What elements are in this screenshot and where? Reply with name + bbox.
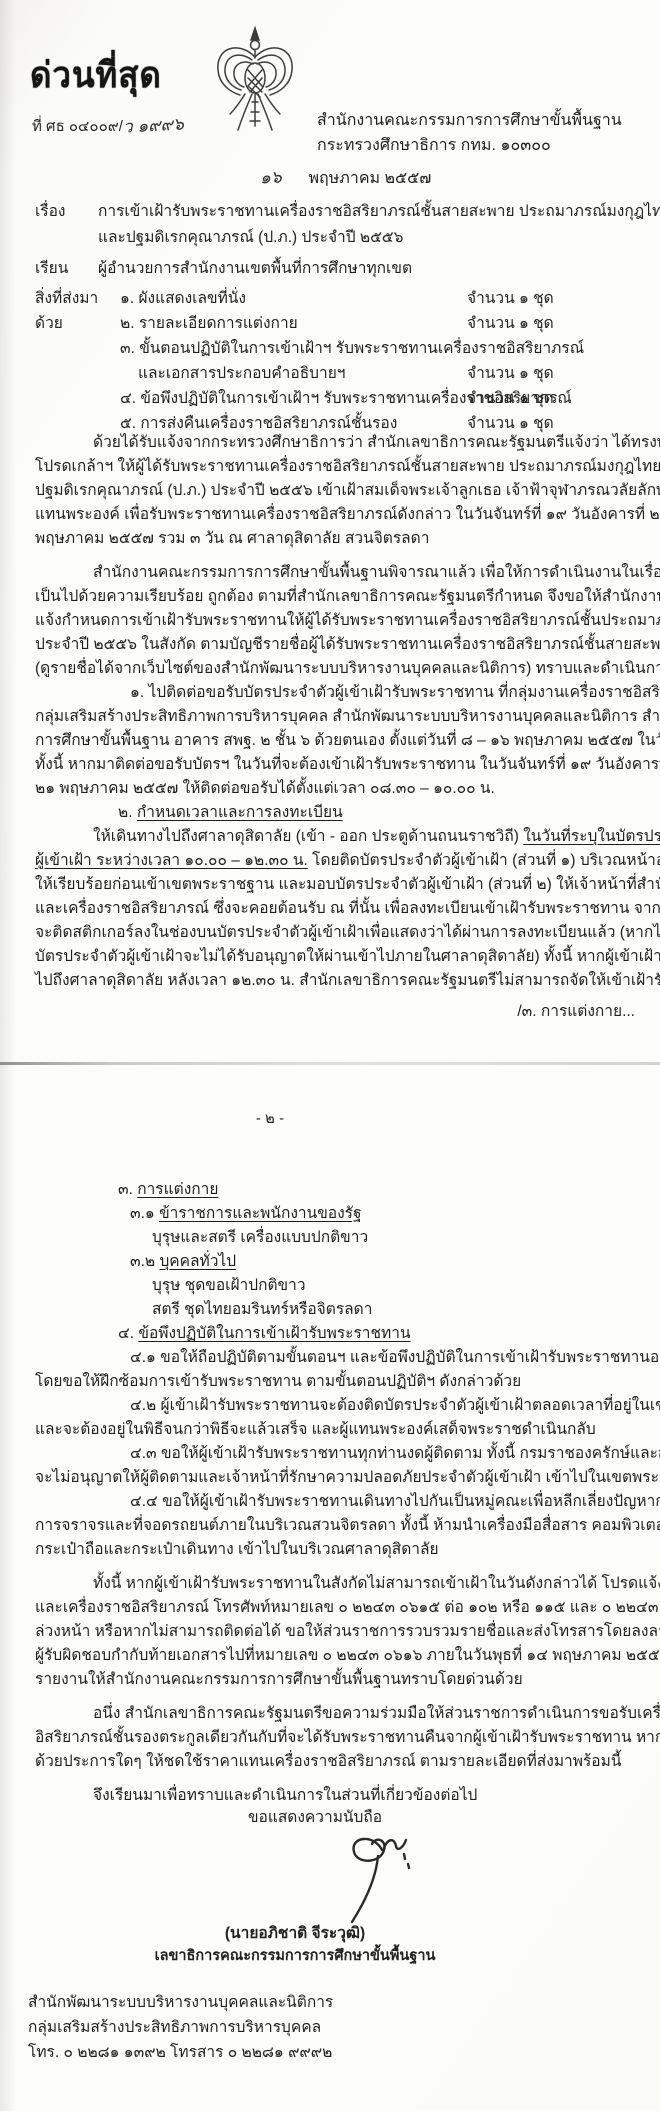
letter-date-day: ๑๖ (259, 163, 282, 191)
paragraph: ทั้งนี้ หากผู้เข้าเฝ้ารับพระราชทานในสังก… (35, 1572, 635, 1692)
letter-date-month-year: พฤษภาคม ๒๕๕๗ (309, 170, 432, 187)
text-line: ทั้งนี้ หากผู้เข้าเฝ้ารับพระราชทานในสังก… (35, 1572, 635, 1596)
text-line: และเครื่องราชอิสริยาภรณ์ โทรศัพท์หมายเลข… (35, 1596, 635, 1620)
paragraph: ๑. ไปติดต่อขอรับบัตรประจำตัวผู้เข้าเฝ้าร… (35, 681, 635, 801)
text-line: ให้เรียบร้อยก่อนเข้าเขตพระราชฐาน และมอบบ… (35, 873, 635, 897)
recipient-label: เรียน (35, 256, 98, 282)
paragraph: อนึ่ง สำนักเลขาธิการคณะรัฐมนตรีขอความร่ว… (35, 1702, 635, 1774)
text-line: ๔.๒ ผู้เข้าเฝ้ารับพระราชทานจะต้องติดบัตร… (35, 1394, 635, 1418)
text-line: ประจำปี ๒๕๕๖ ในสังกัด ตามบัญชีรายชื่อผู้… (35, 633, 635, 657)
garuda-emblem-icon (212, 24, 298, 136)
attachment-item: ๔. ข้อพึงปฏิบัติในการเข้าเฝ้าฯ รับพระราช… (120, 386, 635, 411)
text-line: ๓.๒ บุคคลทั่วไป (35, 1250, 635, 1274)
attachment-item: และเอกสารประกอบคำอธิบายฯจำนวน ๑ ชุด (120, 361, 635, 386)
subject-line: การเข้าเฝ้ารับพระราชทานเครื่องราชอิสริยา… (98, 199, 660, 225)
reference-handwritten: ว ๑๙๙๖ (122, 110, 184, 140)
text-line: ๔.๔ ขอให้ผู้เข้าเฝ้ารับพระราชทานเดินทางไ… (35, 1490, 635, 1514)
text-line: ด้วยได้รับแจ้งจากกระทรวงศึกษาธิการว่า สำ… (35, 431, 635, 455)
text-line: กลุ่มเสริมสร้างประสิทธิภาพการบริหารบุคคล… (35, 705, 635, 729)
text-line: และเครื่องราชอิสริยาภรณ์ ซึ่งจะคอยต้อนรั… (35, 897, 635, 921)
text-line: ๓.๑ ข้าราชการและพนักงานของรัฐ (35, 1202, 635, 1226)
text-line: ให้เดินทางไปถึงศาลาดุสิดาลัย (เข้า - ออก… (35, 825, 635, 849)
text-line: บัตรประจำตัวผู้เข้าเฝ้าจะไม่ได้รับอนุญาต… (35, 945, 635, 969)
attachment-quantity: จำนวน ๑ ชุด (467, 361, 554, 386)
text-line: ๔. ข้อพึงปฏิบัติในการเข้าเฝ้ารับพระราชทา… (35, 1322, 635, 1346)
attachment-item: ๓. ขั้นตอนปฏิบัติในการเข้าเฝ้าฯ รับพระรา… (120, 336, 635, 361)
paragraph: ๓. การแต่งกาย๓.๑ ข้าราชการและพนักงานของร… (35, 1178, 635, 1562)
urgency-stamp: ด่วนที่สุด (30, 46, 162, 103)
text-line: และจะต้องอยู่ในพิธีจนกว่าพิธีจะแล้วเสร็จ… (35, 1418, 635, 1442)
text-line: การศึกษาขั้นพื้นฐาน อาคาร สพฐ. ๒ ชั้น ๖ … (35, 729, 635, 753)
text-line: พฤษภาคม ๒๕๕๗ รวม ๓ วัน ณ ศาลาดุสิดาลัย ส… (35, 527, 635, 551)
footer-contact: สำนักพัฒนาระบบบริหารงานบุคคลและนิติการกล… (28, 1990, 333, 2065)
text-line: สำนักงานคณะกรรมการการศึกษาขั้นพื้นฐานพิจ… (35, 561, 635, 585)
text-line: ไปถึงศาลาดุสิดาลัย หลังเวลา ๑๒.๓๐ น. สำน… (35, 969, 635, 993)
text-line: แจ้งกำหนดการเข้าเฝ้ารับพระราชทานให้ผู้ได… (35, 609, 635, 633)
page-number: - ๒ - (235, 1106, 305, 1130)
page2-body: ๓. การแต่งกาย๓.๑ ข้าราชการและพนักงานของร… (35, 1178, 635, 1808)
text-line: โดยขอให้ฝึกซ้อมการเข้ารับพระราชทาน ตามขั… (35, 1370, 635, 1394)
attachment-item: ๒. รายละเอียดการแต่งกายจำนวน ๑ ชุด (120, 311, 635, 336)
text-line: กระเป๋าถือและกระเป๋าเดินทาง เข้าไปในบริเ… (35, 1538, 635, 1562)
attachments-list: ๑. ผังแสดงเลขที่นั่งจำนวน ๑ ชุด๒. รายละเ… (120, 286, 635, 436)
text-line: จะไม่อนุญาตให้ผู้ติดตามและเจ้าหน้าที่รัก… (35, 1466, 635, 1490)
text-line: ๓. การแต่งกาย (35, 1178, 635, 1202)
text-line: ทั้งนี้ หากมาติดต่อขอรับบัตรฯ ในวันที่จะ… (35, 753, 635, 777)
issuing-office-line1: สำนักงานคณะกรรมการการศึกษาขั้นพื้นฐาน (317, 108, 622, 133)
attachment-quantity: จำนวน ๑ ชุด (467, 311, 554, 336)
text-line: ๔.๑ ขอให้ถือปฏิบัติตามขั้นตอนฯ และข้อพึง… (35, 1346, 635, 1370)
text-line: สตรี ชุดไทยอมรินทร์หรือจิตรลดา (35, 1298, 635, 1322)
issuing-office-line2: กระทรวงศึกษาธิการ กทม. ๑๐๓๐๐ (317, 133, 622, 158)
subject-line: และปฐมดิเรกคุณาภรณ์ (ป.ภ.) ประจำปี ๒๕๕๖ (98, 225, 403, 251)
text-line: จะติดสติกเกอร์ลงในช่องบนบัตรประจำตัวผู้เ… (35, 921, 635, 945)
text-line: ๑. ไปติดต่อขอรับบัตรประจำตัวผู้เข้าเฝ้าร… (35, 681, 635, 705)
footer-line: โทร. ๐ ๒๒๘๑ ๑๓๙๒ โทรสาร ๐ ๒๒๘๑ ๙๙๙๒ (28, 2040, 333, 2065)
subject-block: เรื่อง การเข้าเฝ้ารับพระราชทานเครื่องราช… (35, 199, 635, 251)
text-line: ล่วงหน้า หรือหากไม่สามารถติดต่อได้ ขอให้… (35, 1620, 635, 1644)
reference-number: ที่ ศธ ๐๔๐๐๙/ว ๑๙๙๖ (32, 112, 184, 139)
page1-body: ด้วยได้รับแจ้งจากกระทรวงศึกษาธิการว่า สำ… (35, 431, 635, 993)
text-line: เป็นไปด้วยความเรียบร้อย ถูกต้อง ตามที่สำ… (35, 585, 635, 609)
attachment-quantity: จำนวน ๑ ชุด (467, 386, 554, 411)
text-line: ๔.๓ ขอให้ผู้เข้าเฝ้ารับพระราชทานทุกท่านง… (35, 1442, 635, 1466)
text-line: ผู้เข้าเฝ้า ระหว่างเวลา ๑๐.๐๐ – ๑๒.๓๐ น.… (35, 849, 635, 873)
paragraph: ให้เดินทางไปถึงศาลาดุสิดาลัย (เข้า - ออก… (35, 825, 635, 993)
text-line: อนึ่ง สำนักเลขาธิการคณะรัฐมนตรีขอความร่ว… (35, 1702, 635, 1726)
subject-label: เรื่อง (35, 199, 98, 225)
text-line: รายงานให้สำนักงานคณะกรรมการการศึกษาขั้นพ… (35, 1668, 635, 1692)
text-line: ๒๑ พฤษภาคม ๒๕๕๗ ให้ติดต่อขอรับได้ตั้งแต่… (35, 777, 635, 801)
attachments-block: สิ่งที่ส่งมาด้วย ๑. ผังแสดงเลขที่นั่งจำน… (35, 286, 635, 436)
text-line: (ดูรายชื่อได้จากเว็บไซต์ของสำนักพัฒนาระบ… (35, 657, 635, 681)
signer-name: (นายอภิชาติ จีระวุฒิ) (145, 1920, 445, 1945)
reference-prefix: ที่ ศธ ๐๔๐๐๙/ (32, 118, 123, 135)
footer-line: สำนักพัฒนาระบบบริหารงานบุคคลและนิติการ (28, 1990, 333, 2015)
continuation-marker: /๓. การแต่งกาย... (35, 1000, 660, 1024)
page-break-line (0, 1062, 660, 1065)
text-line: ปฐมดิเรกคุณาภรณ์ (ป.ภ.) ประจำปี ๒๕๕๖ เข้… (35, 479, 635, 503)
text-line: อิสริยาภรณ์ชั้นรองตระกูลเดียวกันกับที่จะ… (35, 1726, 635, 1750)
text-line: ๒. กำหนดเวลาและการลงทะเบียน (35, 801, 635, 825)
text-line: บุรุษและสตรี เครื่องแบบปกติขาว (35, 1226, 635, 1250)
recipient-text: ผู้อำนวยการสำนักงานเขตพื้นที่การศึกษาทุก… (98, 256, 412, 282)
paragraph: ๒. กำหนดเวลาและการลงทะเบียน (35, 801, 635, 825)
attachments-label: สิ่งที่ส่งมาด้วย (35, 286, 120, 436)
text-line: โปรดเกล้าฯ ให้ผู้ได้รับพระราชทานเครื่องร… (35, 455, 635, 479)
letter-date: ๑๖ พฤษภาคม ๒๕๕๗ (260, 164, 431, 191)
scanned-letter: ด่วนที่สุด ที่ ศธ ๐๔๐๐๙/ว ๑๙๙๖ สำนักงานค… (0, 0, 660, 2111)
signature (330, 1826, 440, 1926)
signer-title: เลขาธิการคณะกรรมการการศึกษาขั้นพื้นฐาน (145, 1944, 445, 1967)
attachment-item: ๑. ผังแสดงเลขที่นั่งจำนวน ๑ ชุด (120, 286, 635, 311)
paragraph: สำนักงานคณะกรรมการการศึกษาขั้นพื้นฐานพิจ… (35, 561, 635, 681)
paragraph: ด้วยได้รับแจ้งจากกระทรวงศึกษาธิการว่า สำ… (35, 431, 635, 551)
text-line: แทนพระองค์ เพื่อรับพระราชทานเครื่องราชอิ… (35, 503, 635, 527)
text-line: ผู้รับผิดชอบกำกับท้ายเอกสารไปที่หมายเลข … (35, 1644, 635, 1668)
text-line: การจราจรและที่จอดรถยนต์ภายในบริเวณสวนจิต… (35, 1514, 635, 1538)
attachment-quantity: จำนวน ๑ ชุด (467, 286, 554, 311)
text-line: ด้วยประการใดๆ ให้ชดใช้ราคาแทนเครื่องราชอ… (35, 1750, 635, 1774)
text-line: บุรุษ ชุดขอเฝ้าปกติขาว (35, 1274, 635, 1298)
issuing-office: สำนักงานคณะกรรมการการศึกษาขั้นพื้นฐาน กร… (317, 108, 622, 158)
recipient-block: เรียน ผู้อำนวยการสำนักงานเขตพื้นที่การศึ… (35, 256, 635, 282)
footer-line: กลุ่มเสริมสร้างประสิทธิภาพการบริหารบุคคล (28, 2015, 333, 2040)
